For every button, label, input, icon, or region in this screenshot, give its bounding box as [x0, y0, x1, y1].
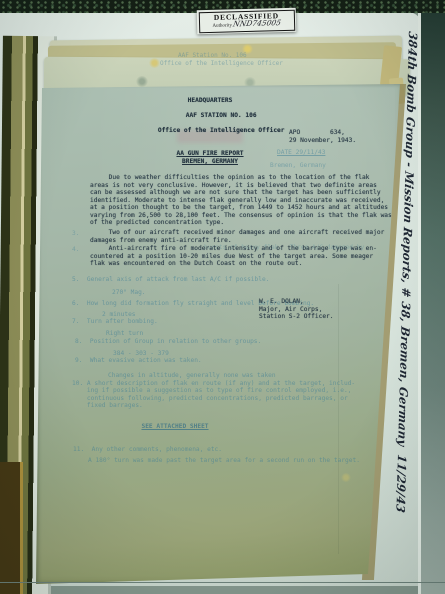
paragraph-barrage-fire: Anti-aircraft fire of moderate intensity…: [90, 245, 377, 268]
glue-spot: [136, 76, 148, 87]
bleedthrough-question-5: 5. General axis of attack from last A/C …: [72, 276, 269, 283]
declassified-authority: AuthorityNND745005: [202, 19, 292, 29]
archival-photo-scene: AAF Station No. 106 Office of the Intell…: [0, 0, 445, 594]
bleedthrough-see-attached: SEE ATTACHED SHEET: [135, 423, 215, 430]
authority-label: Authority: [212, 23, 232, 29]
header-line: HEADQUARTERS: [188, 97, 233, 104]
bleedthrough-answer-7: Right turn: [106, 330, 143, 337]
report-subtitle: BREMEN, GERMANY: [36, 158, 384, 166]
bleedthrough-item-number: 3.: [72, 230, 79, 237]
paragraph-flak-assessment: Due to weather difficulties the opinion …: [90, 174, 392, 227]
bleedthrough-station-line: AAF Station No. 106: [178, 52, 247, 59]
table-edge-bottom: [0, 582, 445, 594]
bleedthrough-answer-5: 270° Mag.: [112, 289, 146, 296]
bleedthrough-item-number: 4.: [72, 246, 79, 253]
bleedthrough-city-echo: Bremen, Germany: [270, 162, 326, 169]
apo-date-block: APO 634, 29 November, 1943.: [289, 129, 356, 144]
bleedthrough-question-7: 7. Turn after bombing.: [72, 318, 158, 325]
glue-spot: [149, 58, 160, 68]
bleedthrough-question-9: 9. What evasive action was taken.: [75, 357, 202, 364]
bleedthrough-answer-9: Changes in altitude, generally none was …: [108, 372, 276, 379]
glue-spot: [341, 473, 351, 482]
header-line: Office of the Intelligence Officer: [158, 127, 285, 134]
paragraph-aircraft-damage: Two of our aircraft received minor damag…: [90, 229, 384, 244]
authority-number-handwritten: NND745005: [232, 20, 281, 27]
bleedthrough-question-8: 8. Position of Group in relation to othe…: [75, 338, 261, 345]
bleedthrough-office-line: Office of the Intelligence Officer: [160, 60, 283, 67]
declassified-stamp-box: DECLASSIFIED AuthorityNND745005: [198, 9, 295, 33]
declassified-stamp: DECLASSIFIED AuthorityNND745005: [197, 8, 297, 35]
typewritten-report-page: HEADQUARTERS AAF STATION NO. 106 Office …: [36, 84, 402, 584]
header-line: AAF STATION NO. 106: [186, 112, 257, 119]
report-title: AA GUN FIRE REPORT: [36, 150, 384, 158]
bleedthrough-question-11: 11. Any other comments, phenomena, etc.: [73, 446, 222, 453]
bleedthrough-question-10: 10. A short description of flak en route…: [72, 380, 355, 409]
paper-crease: [338, 284, 339, 554]
right-background-strip: [418, 0, 445, 594]
signature-block: W. E. DOLAN, Major, Air Corps, Station S…: [259, 298, 334, 321]
paper-stack-bottom-left: [0, 462, 23, 594]
title-line: AA GUN FIRE REPORT: [176, 150, 243, 157]
title-line: BREMEN, GERMANY: [182, 158, 238, 165]
bleedthrough-answer-11: A 180° turn was made past the target are…: [88, 457, 360, 464]
